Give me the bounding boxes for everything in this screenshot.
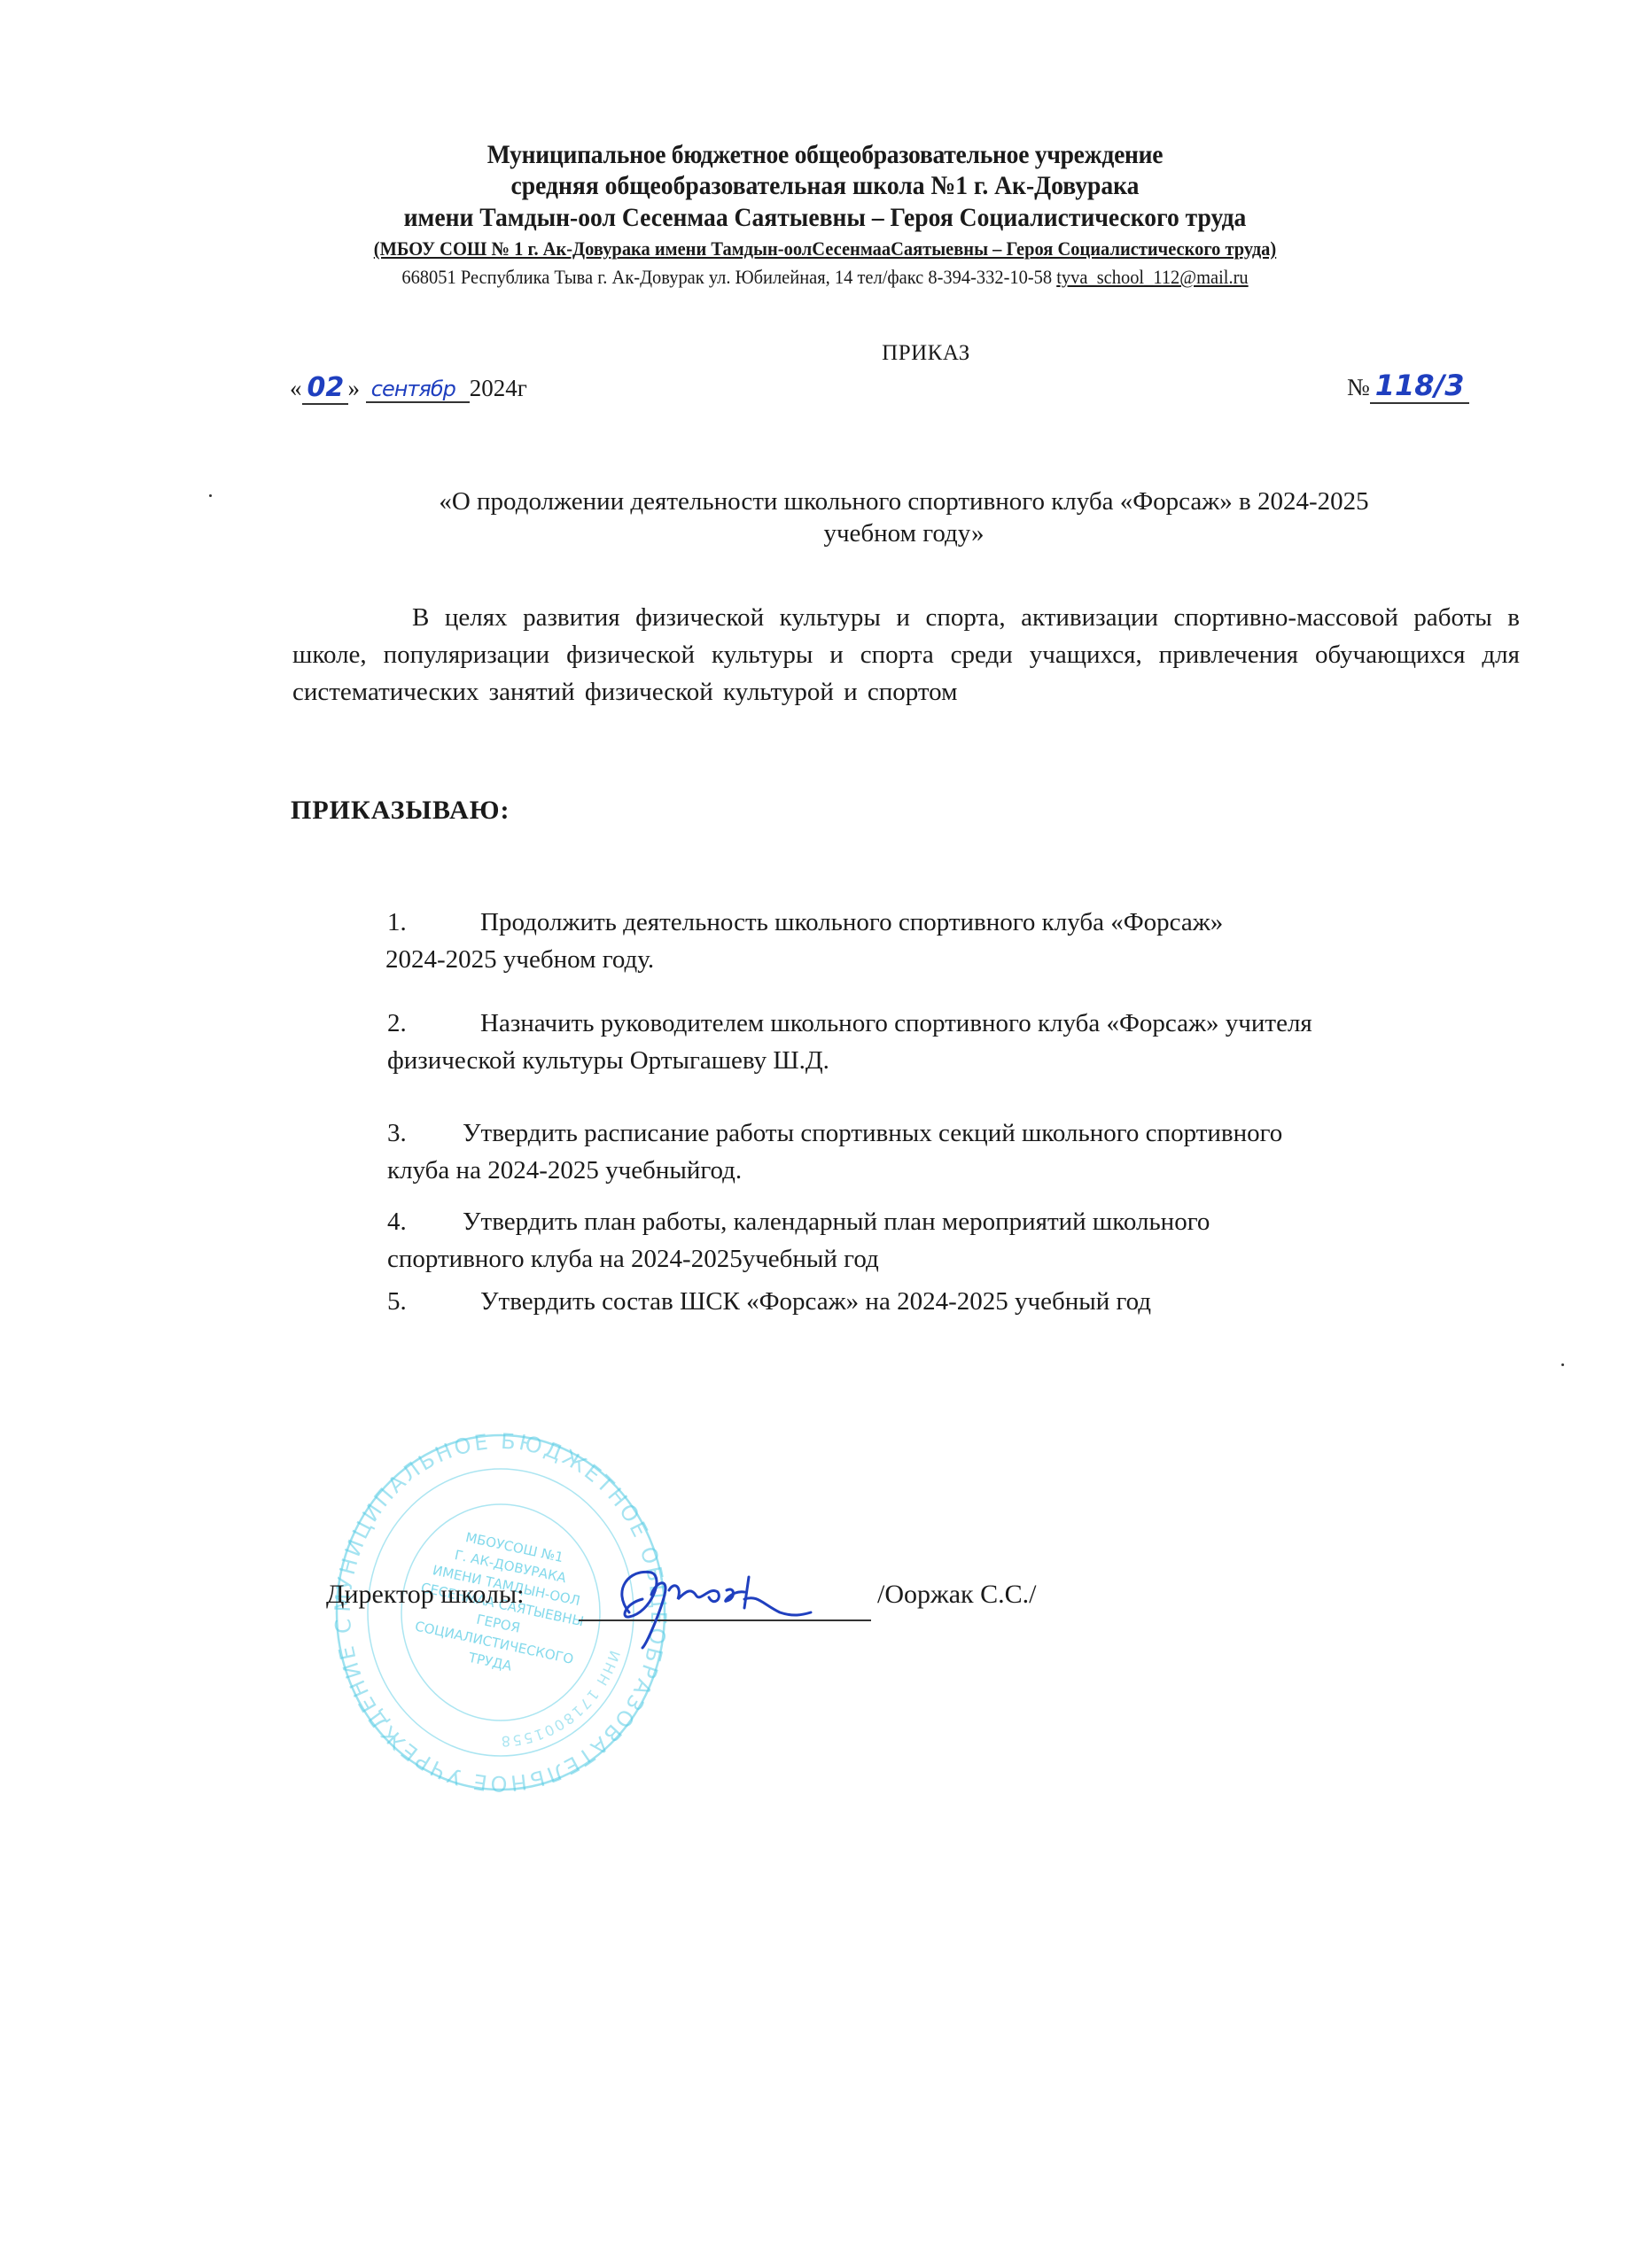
address-text: 668051 Республика Тыва г. Ак-Довурак ул.…	[401, 266, 1056, 288]
preamble-paragraph: В целях развития физической культуры и с…	[292, 599, 1520, 711]
number-label: №	[1347, 374, 1370, 400]
date-year: 2024г	[470, 375, 527, 401]
number-value-handwritten: 118/3	[1370, 369, 1469, 404]
order-item: 5.Утвердить состав ШСК «Форсаж» на 2024-…	[387, 1283, 1539, 1320]
item-text-continued: спортивного клуба на 2024-2025учебный го…	[387, 1240, 1539, 1278]
date-month-handwritten: сентябр	[366, 377, 470, 403]
order-item: 1.Продолжить деятельность школьного спор…	[387, 904, 1539, 978]
item-number: 1.	[387, 904, 480, 941]
item-text: Утвердить состав ШСК «Форсаж» на 2024-20…	[480, 1287, 1151, 1316]
item-text: Утвердить план работы, календарный план …	[463, 1208, 1210, 1236]
director-name: /Ооржак С.С./	[877, 1580, 1036, 1610]
scan-speck	[1561, 1363, 1564, 1366]
date-open-quote: «	[290, 375, 302, 401]
date-close-quote: »	[348, 375, 361, 401]
item-text-continued: клуба на 2024-2025 учебныйгод.	[387, 1152, 1539, 1189]
subject-line-1: «О продолжении деятельности школьного сп…	[284, 485, 1524, 517]
order-date: «02» сентябр2024г	[290, 372, 527, 405]
signature-label: Директор школы:	[326, 1580, 524, 1610]
institution-name-line-1: Муниципальное бюджетное общеобразователь…	[66, 140, 1584, 170]
order-subject: «О продолжении деятельности школьного сп…	[284, 485, 1524, 549]
item-text: Назначить руководителем школьного спорти…	[480, 1009, 1312, 1037]
item-number: 2.	[387, 1005, 480, 1042]
order-title: ПРИКАЗ	[0, 341, 1650, 366]
item-text-continued: физической культуры Ортыгашеву Ш.Д.	[387, 1042, 1539, 1079]
institution-name-line-3: имени Тамдын-оол Сесенмаа Саятыевны – Ге…	[66, 203, 1584, 233]
item-number: 3.	[387, 1115, 463, 1152]
order-item: 4.Утвердить план работы, календарный пла…	[387, 1203, 1539, 1278]
item-number: 5.	[387, 1283, 480, 1320]
order-item: 3.Утвердить расписание работы спортивных…	[387, 1115, 1539, 1189]
date-day-handwritten: 02	[302, 372, 348, 405]
subject-line-2: учебном году»	[284, 517, 1524, 549]
order-item: 2.Назначить руководителем школьного спор…	[387, 1005, 1539, 1079]
order-number: №118/3	[1347, 369, 1469, 404]
item-text-continued: 2024-2025 учебном году.	[385, 941, 1539, 978]
institution-short-name: (МБОУ СОШ № 1 г. Ак-Довурака имени Тамды…	[58, 237, 1592, 260]
scan-speck	[209, 494, 212, 497]
handwritten-signature	[603, 1564, 833, 1652]
item-number: 4.	[387, 1203, 463, 1240]
institution-name-line-2: средняя общеобразовательная школа №1 г. …	[66, 171, 1584, 201]
email-link[interactable]: tyva_school_112@mail.ru	[1056, 266, 1248, 288]
contact-address: 668051 Республика Тыва г. Ак-Довурак ул.…	[58, 266, 1592, 289]
item-text: Продолжить деятельность школьного спорти…	[480, 908, 1223, 936]
item-text: Утвердить расписание работы спортивных с…	[463, 1119, 1282, 1147]
orders-heading: ПРИКАЗЫВАЮ:	[291, 796, 510, 826]
